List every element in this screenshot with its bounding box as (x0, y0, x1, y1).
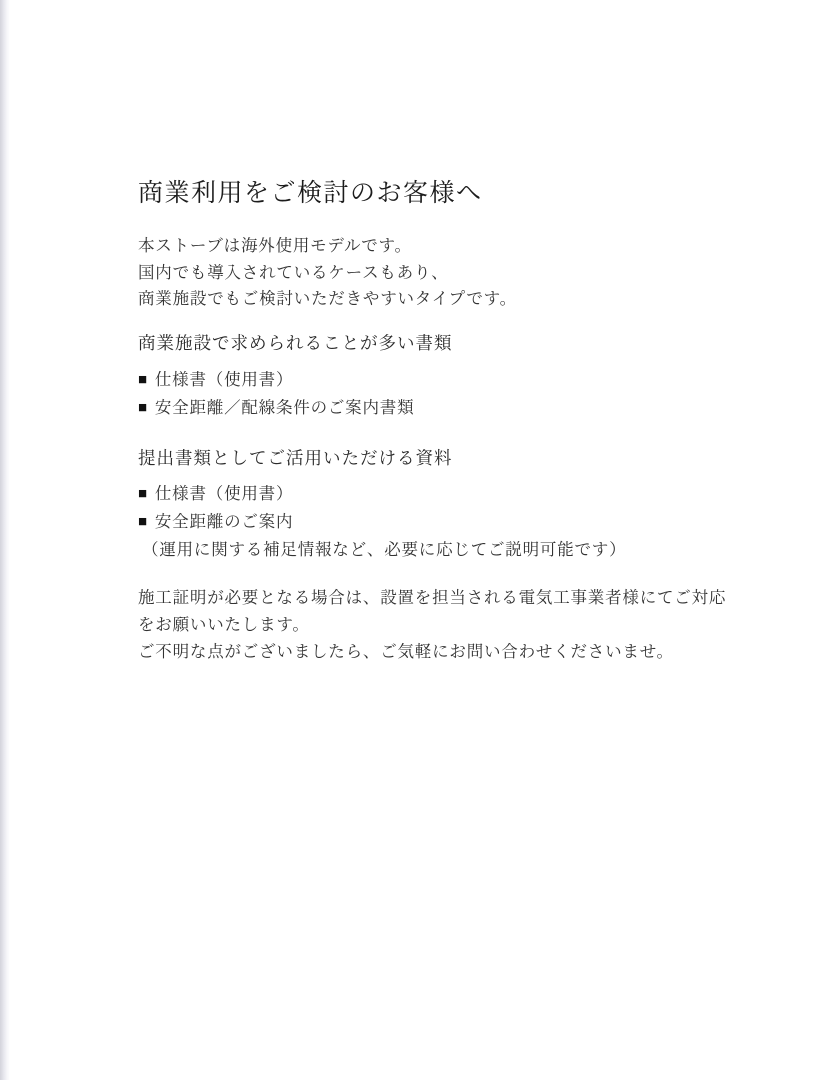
list-item-label: 仕様書（使用書） (155, 484, 293, 503)
intro-line: 国内でも導入されているケースもあり、 (138, 260, 517, 287)
bullet-square-icon: ■ (138, 509, 148, 536)
section-heading-available-materials: 提出書類としてご活用いただける資料 (138, 446, 453, 470)
list-item: ■安全距離／配線条件のご案内書類 (138, 395, 414, 423)
page-left-edge (0, 0, 10, 1080)
section-heading-required-documents: 商業施設で求められることが多い書類 (138, 331, 453, 355)
closing-line: ご不明な点がございましたら、ご気軽にお問い合わせくださいませ。 (138, 639, 726, 666)
intro-paragraph: 本ストーブは海外使用モデルです。 国内でも導入されているケースもあり、 商業施設… (138, 233, 517, 313)
required-documents-list: ■仕様書（使用書） ■安全距離／配線条件のご案内書類 (138, 367, 414, 423)
closing-line: 施工証明が必要となる場合は、設置を担当される電気工事業者様にてご対応 (138, 585, 726, 612)
bullet-square-icon: ■ (138, 481, 148, 508)
closing-paragraph: 施工証明が必要となる場合は、設置を担当される電気工事業者様にてご対応 をお願いい… (138, 585, 726, 665)
intro-line: 商業施設でもご検討いただきやすいタイプです。 (138, 286, 517, 313)
intro-line: 本ストーブは海外使用モデルです。 (138, 233, 517, 260)
list-item: ■仕様書（使用書） (138, 367, 414, 395)
list-item: ■仕様書（使用書） (138, 481, 626, 509)
bullet-square-icon: ■ (138, 395, 148, 422)
list-item: ■安全距離のご案内 (138, 509, 626, 537)
list-item-label: 仕様書（使用書） (155, 370, 293, 389)
list-item-label: 安全距離のご案内 (155, 512, 293, 531)
page-title: 商業利用をご検討のお客様へ (138, 178, 483, 210)
available-materials-list: ■仕様書（使用書） ■安全距離のご案内 （運用に関する補足情報など、必要に応じて… (138, 481, 626, 563)
list-item-label: 安全距離／配線条件のご案内書類 (155, 398, 415, 417)
document-page: 商業利用をご検討のお客様へ 本ストーブは海外使用モデルです。 国内でも導入されて… (0, 0, 837, 1080)
supplement-note: （運用に関する補足情報など、必要に応じてご説明可能です） (138, 537, 626, 564)
closing-line: をお願いいたします。 (138, 612, 726, 639)
bullet-square-icon: ■ (138, 367, 148, 394)
